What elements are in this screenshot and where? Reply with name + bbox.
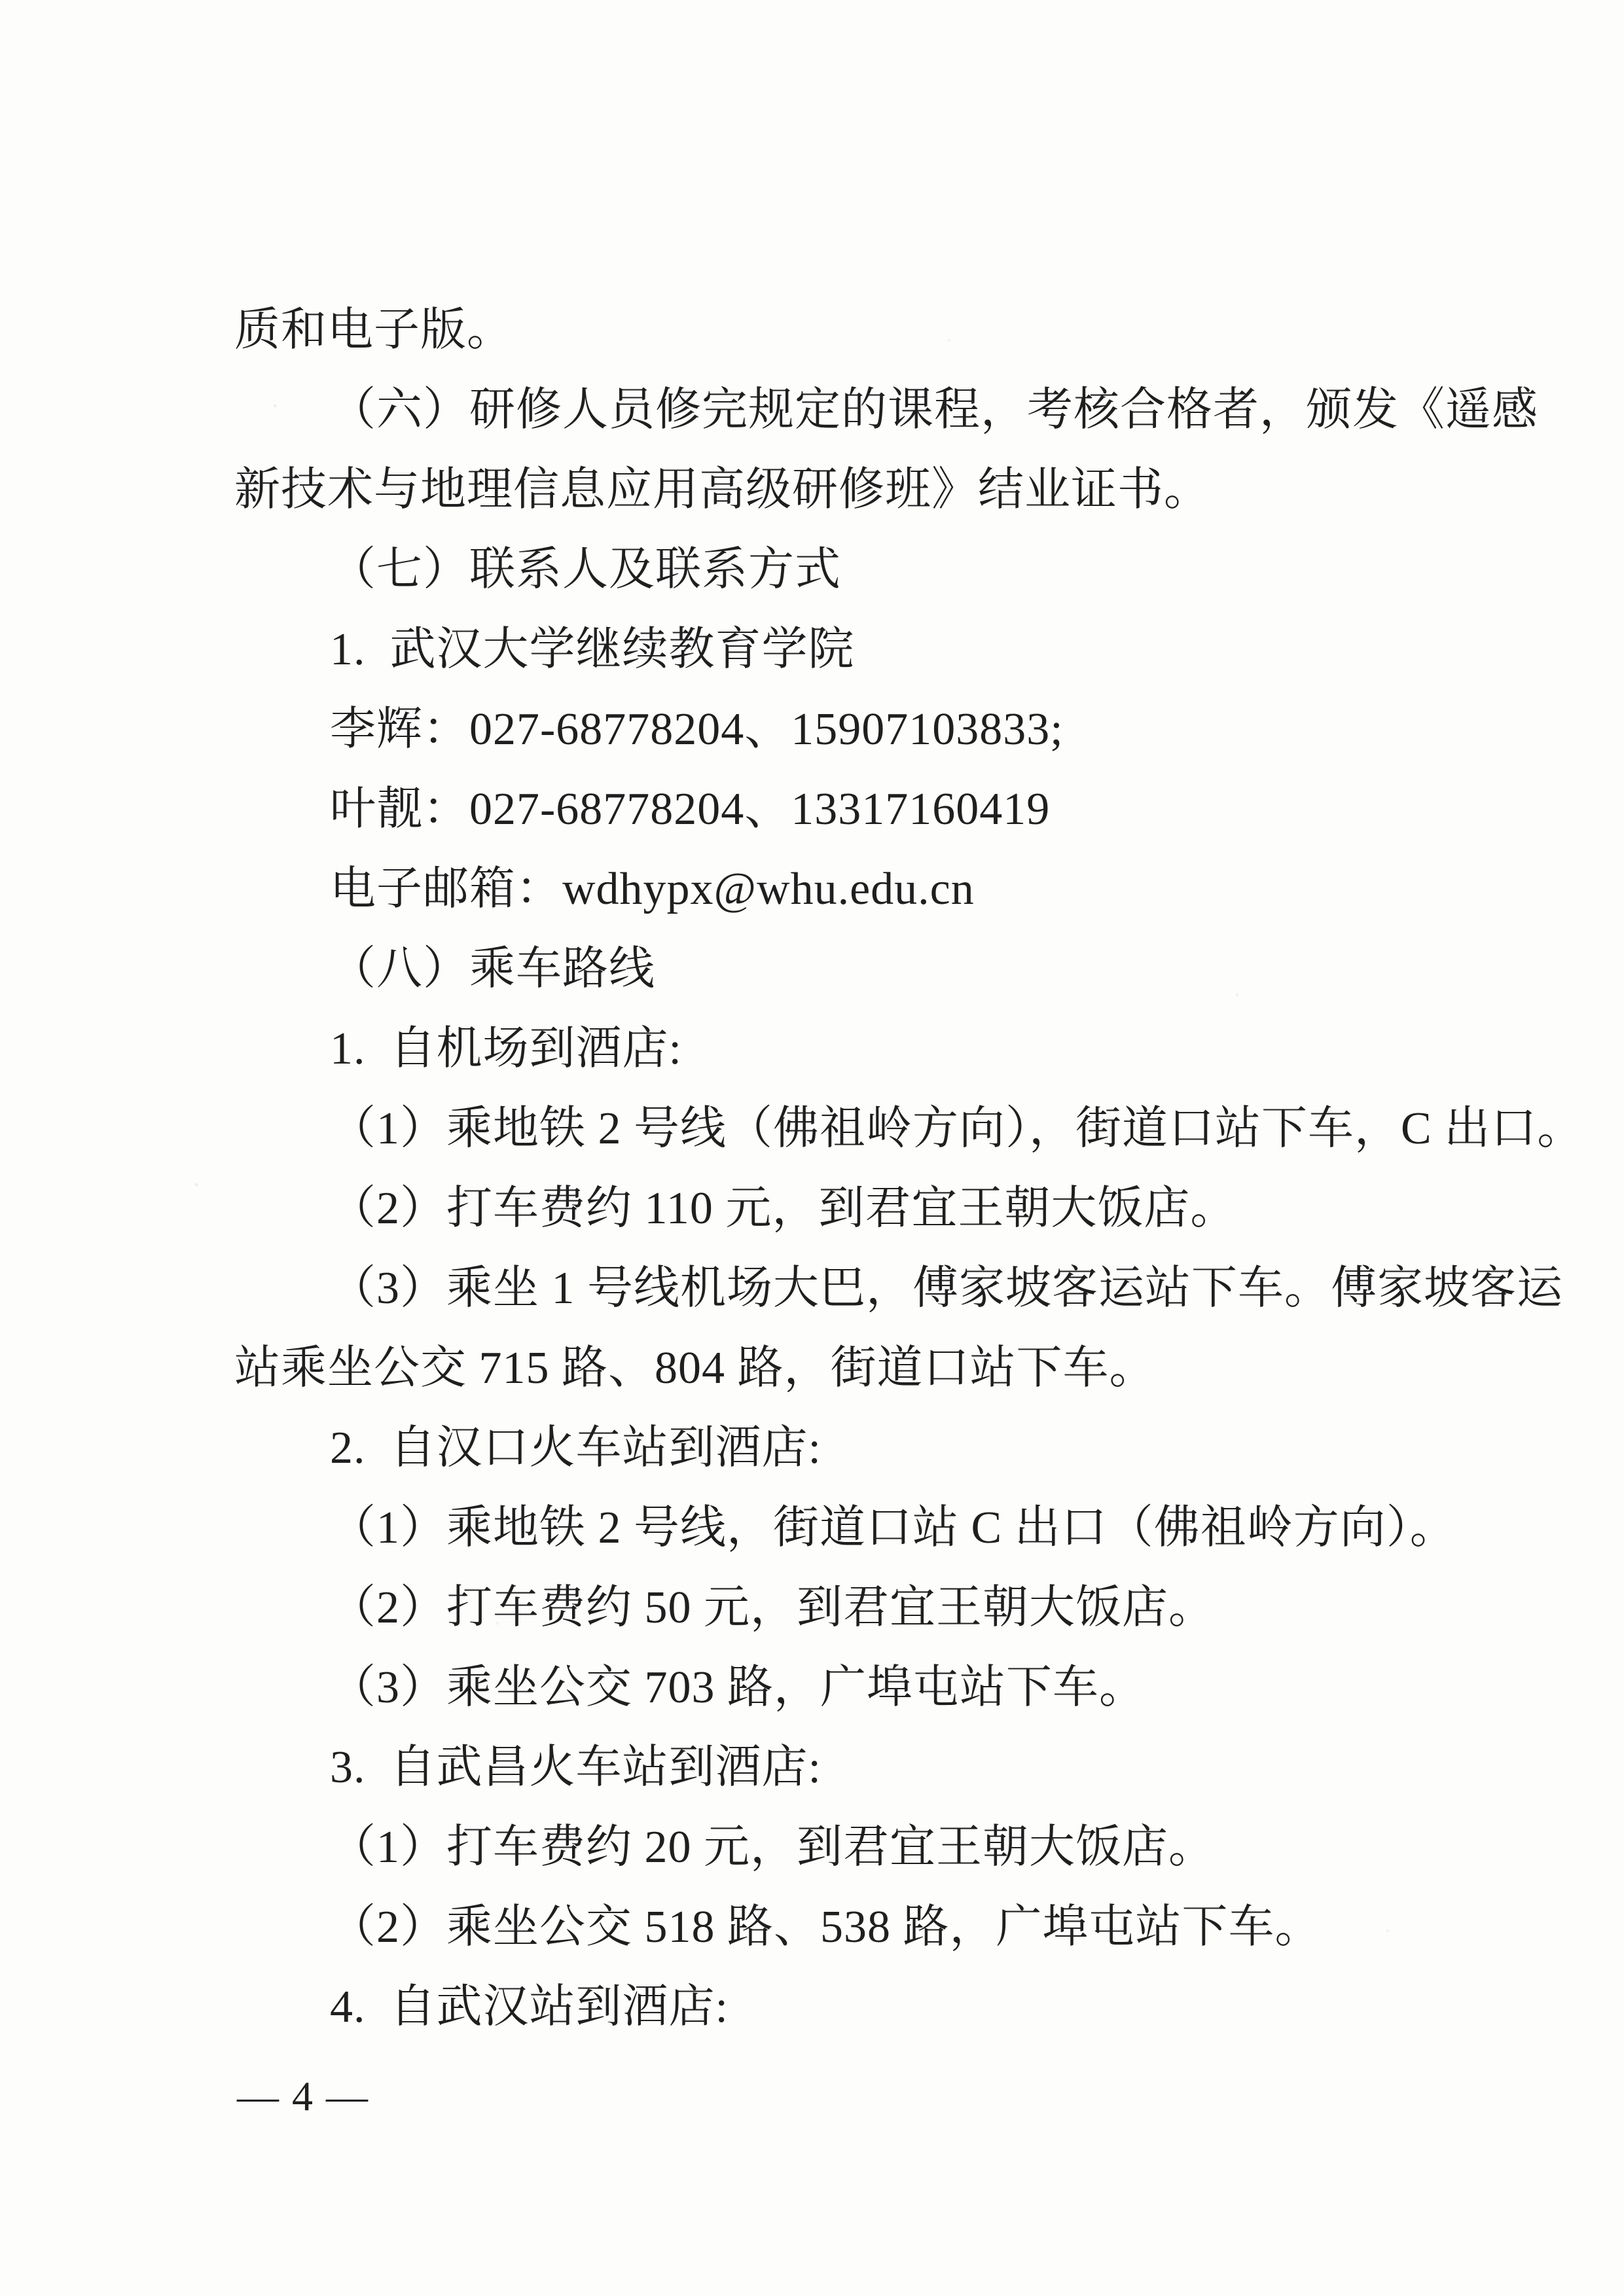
line-section-6-certificate: （六）研修人员修完规定的课程，考核合格者，颁发《遥感 (234, 370, 1413, 450)
line-route-1-item-1-metro: （1）乘地铁 2 号线（佛祖岭方向），街道口站下车，C 出口。 (234, 1089, 1413, 1169)
line-route-2-item-3-bus: （3）乘坐公交 703 路，广埠屯站下车。 (234, 1648, 1413, 1728)
line-route-1-item-3-shuttle: （3）乘坐 1 号线机场大巴，傅家坡客运站下车。傅家坡客运 (234, 1249, 1413, 1329)
line-route-4-wuhan-heading: 4. 自武汉站到酒店: (234, 1967, 1413, 2047)
line-contact-li-hui-phone: 李辉：027-68778204、15907103833; (234, 690, 1413, 770)
document-body: 质和电子版。 （六）研修人员修完规定的课程，考核合格者，颁发《遥感 新技术与地理… (234, 291, 1413, 2047)
line-route-1-item-2-taxi: （2）打车费约 110 元，到君宜王朝大饭店。 (234, 1169, 1413, 1249)
line-contact-email: 电子邮箱：wdhypx@whu.edu.cn (234, 850, 1413, 929)
line-route-1-item-3-cont: 站乘坐公交 715 路、804 路，街道口站下车。 (234, 1329, 1413, 1408)
line-route-2-hankou-heading: 2. 自汉口火车站到酒店: (234, 1408, 1413, 1488)
line-route-2-item-1-metro: （1）乘地铁 2 号线，街道口站 C 出口（佛祖岭方向）。 (234, 1488, 1413, 1568)
scanned-document-page: 质和电子版。 （六）研修人员修完规定的课程，考核合格者，颁发《遥感 新技术与地理… (0, 0, 1624, 2296)
line-contact-organization: 1. 武汉大学继续教育学院 (234, 610, 1413, 690)
line-print-and-electronic: 质和电子版。 (234, 291, 1413, 370)
line-route-3-item-2-bus: （2）乘坐公交 518 路、538 路，广埠屯站下车。 (234, 1888, 1413, 1967)
line-section-8-routes-heading: （八）乘车路线 (234, 929, 1413, 1009)
line-route-3-item-1-taxi: （1）打车费约 20 元，到君宜王朝大饭店。 (234, 1808, 1413, 1888)
line-contact-ye-jing-phone: 叶靓：027-68778204、13317160419 (234, 770, 1413, 850)
page-number: — 4 — (237, 2056, 369, 2136)
line-route-3-wuchang-heading: 3. 自武昌火车站到酒店: (234, 1728, 1413, 1808)
line-section-6-certificate-cont: 新技术与地理信息应用高级研修班》结业证书。 (234, 450, 1413, 530)
line-route-1-airport-heading: 1. 自机场到酒店: (234, 1009, 1413, 1089)
line-section-7-contacts-heading: （七）联系人及联系方式 (234, 530, 1413, 610)
line-route-2-item-2-taxi: （2）打车费约 50 元，到君宜王朝大饭店。 (234, 1568, 1413, 1648)
